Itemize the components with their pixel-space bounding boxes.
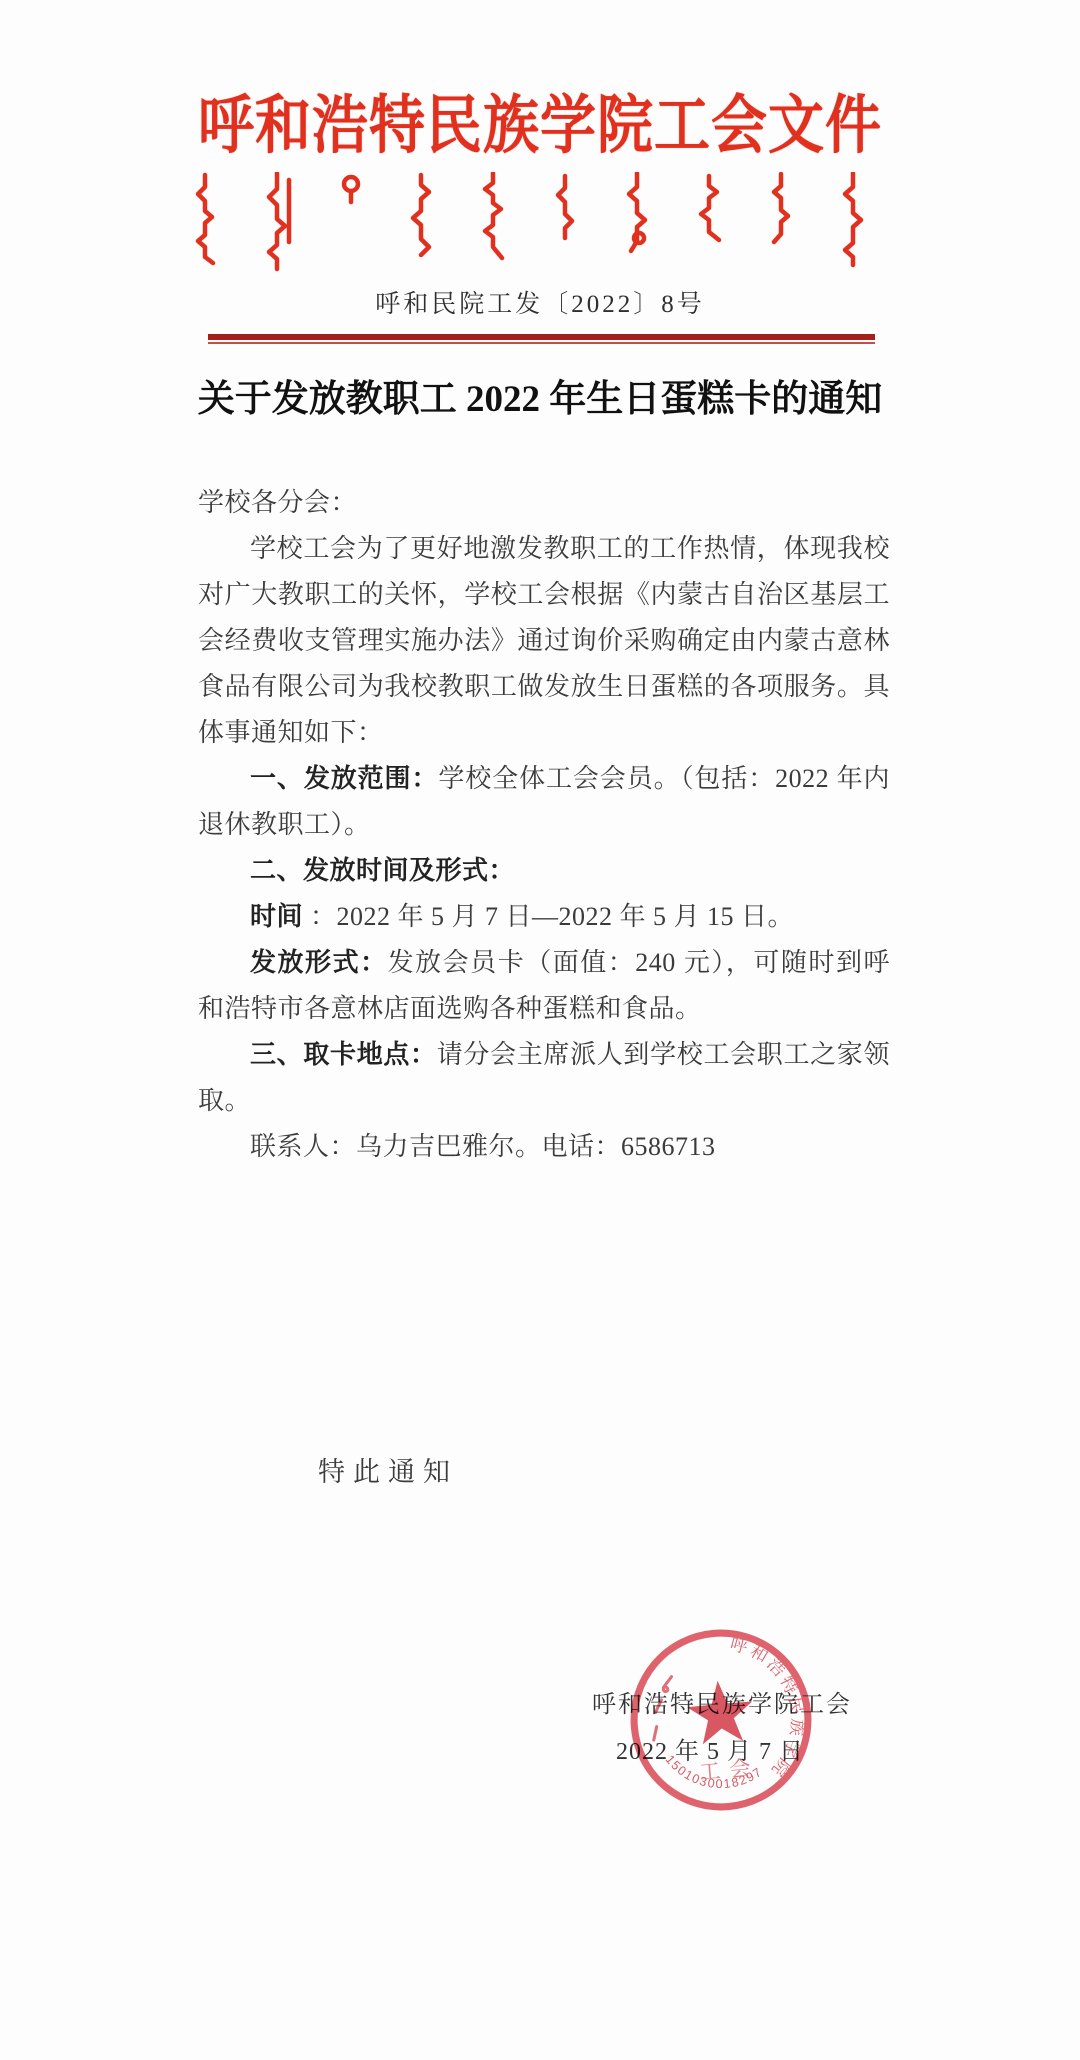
official-seal: 呼和浩特民族学院 工会 1501030018297 xyxy=(617,1616,825,1824)
item-3-label: 三、取卡地点： xyxy=(250,1040,437,1069)
item-2-form: 发放形式：发放会员卡（面值：240 元），可随时到呼和浩特市各意林店面选购各种蛋… xyxy=(198,940,890,1032)
intro-paragraph: 学校工会为了更好地激发教职工的工作热情，体现我校对广大教职工的关怀，学校工会根据… xyxy=(198,526,890,756)
contact-line: 联系人：乌力吉巴雅尔。电话：6586713 xyxy=(198,1124,890,1170)
mongolian-script-row xyxy=(193,172,893,272)
time-text: ：2022 年 5 月 7 日—2022 年 5 月 15 日。 xyxy=(303,902,794,931)
notice-title: 关于发放教职工 2022 年生日蛋糕卡的通知 xyxy=(0,368,1080,422)
red-rule-thin-bar xyxy=(208,342,875,344)
item-1-label: 一、发放范围： xyxy=(250,764,438,793)
form-label: 发放形式： xyxy=(250,948,388,977)
time-label: 时间 xyxy=(250,902,303,931)
letterhead-org-title: 呼和浩特民族学院工会文件 xyxy=(0,90,1080,163)
item-2-time: 时间 ：2022 年 5 月 7 日—2022 年 5 月 15 日。 xyxy=(198,894,890,940)
item-2-label: 二、发放时间及形式： xyxy=(250,856,515,885)
red-star-icon xyxy=(685,1678,755,1746)
doc-number: 呼和民院工发〔2022〕8号 xyxy=(0,284,1080,320)
seal-mongolian-marks xyxy=(648,1677,677,1740)
closing-phrase: 特此通知 xyxy=(318,1450,458,1489)
item-1: 一、发放范围：学校全体工会会员。（包括：2022 年内退休教职工）。 xyxy=(198,756,890,848)
mongolian-script-glyphs xyxy=(198,173,861,269)
salutation: 学校各分会： xyxy=(198,480,890,526)
document-page: 呼和浩特民族学院工会文件 呼和民院工发〔2022〕8号 关于发放教职工 2022… xyxy=(0,0,1080,2060)
item-3: 三、取卡地点：请分会主席派人到学校工会职工之家领取。 xyxy=(198,1032,890,1124)
notice-body: 学校各分会： 学校工会为了更好地激发教职工的工作热情，体现我校对广大教职工的关怀… xyxy=(198,480,890,1170)
item-2: 二、发放时间及形式： xyxy=(198,848,890,894)
red-rule-divider xyxy=(208,334,875,344)
